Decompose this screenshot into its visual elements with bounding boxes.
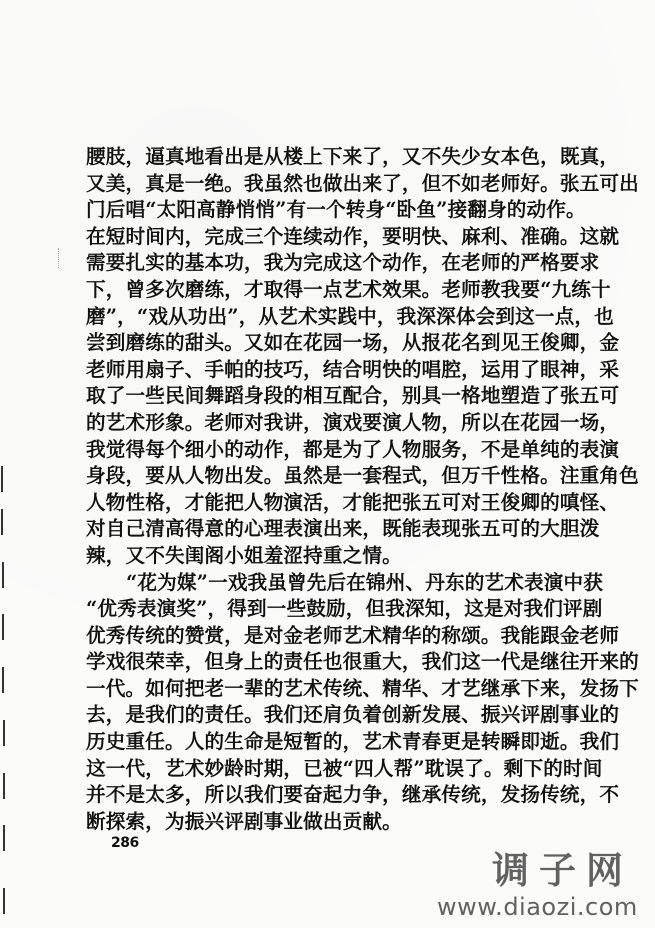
- scan-speck: [58, 248, 61, 268]
- body-text: 腰肢，逼真地看出是从楼上下来了，又不失少女本色，既真， 又美，真是一绝。我虽然也…: [86, 144, 572, 835]
- binding-mark: [2, 614, 4, 640]
- text-line: “优秀表演奖”，得到一些鼓励，但我深知，这是对我们评剧: [86, 596, 572, 623]
- text-line: 我觉得每个细小的动作，都是为了人物服务，不是单纯的表演: [86, 437, 572, 464]
- text-line: 需要扎实的基本功，我为完成这个动作，在老师的严格要求: [86, 250, 572, 277]
- text-line: 尝到磨练的甜头。又如在花园一场，从报花名到见王俊卿，金: [86, 330, 572, 357]
- text-line: 并不是太多，所以我们要奋起力争，继承传统，发扬传统，不: [86, 782, 572, 809]
- text-line: 断探索，为振兴评剧事业做出贡献。: [86, 809, 572, 836]
- text-line: 人物性格，才能把人物演活，才能把张五可对王俊卿的嗔怪、: [86, 490, 572, 517]
- text-line: 去，是我们的责任。我们还肩负着创新发展、振兴评剧事业的: [86, 702, 572, 729]
- watermark-url: www.diaozi.com: [437, 892, 637, 922]
- text-line: 在短时间内，完成三个连续动作，要明快、麻利、准确。这就: [86, 224, 572, 251]
- binding-mark: [3, 720, 5, 746]
- paragraph-2: “花为媒”一戏我虽曾先后在锦州、丹东的艺术表演中获 “优秀表演奖”，得到一些鼓励…: [86, 570, 572, 836]
- text-line: 一代。如何把老一辈的艺术传统、精华、才艺继承下来，发扬下: [86, 676, 572, 703]
- binding-mark: [3, 825, 5, 851]
- text-line: 优秀传统的赞赏，是对金老师艺术精华的称颂。我能跟金老师: [86, 623, 572, 650]
- binding-mark: [2, 667, 4, 693]
- paragraph-1: 腰肢，逼真地看出是从楼上下来了，又不失少女本色，既真， 又美，真是一绝。我虽然也…: [86, 144, 572, 570]
- scanned-page: 腰肢，逼真地看出是从楼上下来了，又不失少女本色，既真， 又美，真是一绝。我虽然也…: [0, 0, 655, 928]
- text-line: 磨”，“戏从功出”，从艺术实践中，我深深体会到这一点，也: [86, 304, 572, 331]
- text-line: 腰肢，逼真地看出是从楼上下来了，又不失少女本色，既真，: [86, 144, 572, 171]
- binding-mark: [1, 466, 3, 492]
- text-line: 的艺术形象。老师对我讲，演戏要演人物，所以在花园一场，: [86, 410, 572, 437]
- text-line: 这一代，艺术妙龄时期，已被“四人帮”耽误了。剩下的时间: [86, 756, 572, 783]
- watermark-title: 调子网: [437, 850, 637, 892]
- binding-mark: [3, 773, 5, 799]
- text-line: 对自己清高得意的心理表演出来，既能表现张五可的大胆泼: [86, 516, 572, 543]
- text-line: 学戏很荣幸，但身上的责任也很重大，我们这一代是继往开来的: [86, 649, 572, 676]
- text-line: 身段，要从人物出发。虽然是一套程式，但万千性格。注重角色: [86, 463, 572, 490]
- binding-mark: [1, 509, 3, 535]
- binding-mark: [2, 562, 4, 588]
- binding-mark: [3, 888, 5, 914]
- text-line: “花为媒”一戏我虽曾先后在锦州、丹东的艺术表演中获: [86, 570, 572, 597]
- text-line: 老师用扇子、手帕的技巧，结合明快的唱腔，运用了眼神，采: [86, 357, 572, 384]
- text-line: 下，曾多次磨练，才取得一点艺术效果。老师教我要“九练十: [86, 277, 572, 304]
- page-number: 286: [111, 835, 139, 851]
- text-line: 又美，真是一绝。我虽然也做出来了，但不如老师好。张五可出: [86, 171, 572, 198]
- text-line: 辣，又不失闺阁小姐羞涩持重之情。: [86, 543, 572, 570]
- text-line: 门后唱“太阳高静悄悄”有一个转身“卧鱼”接翻身的动作。: [86, 197, 572, 224]
- text-line: 历史重任。人的生命是短暂的，艺术青春更是转瞬即逝。我们: [86, 729, 572, 756]
- watermark: 调子网 www.diaozi.com: [437, 850, 637, 922]
- text-line: 取了一些民间舞蹈身段的相互配合，别具一格地塑造了张五可: [86, 383, 572, 410]
